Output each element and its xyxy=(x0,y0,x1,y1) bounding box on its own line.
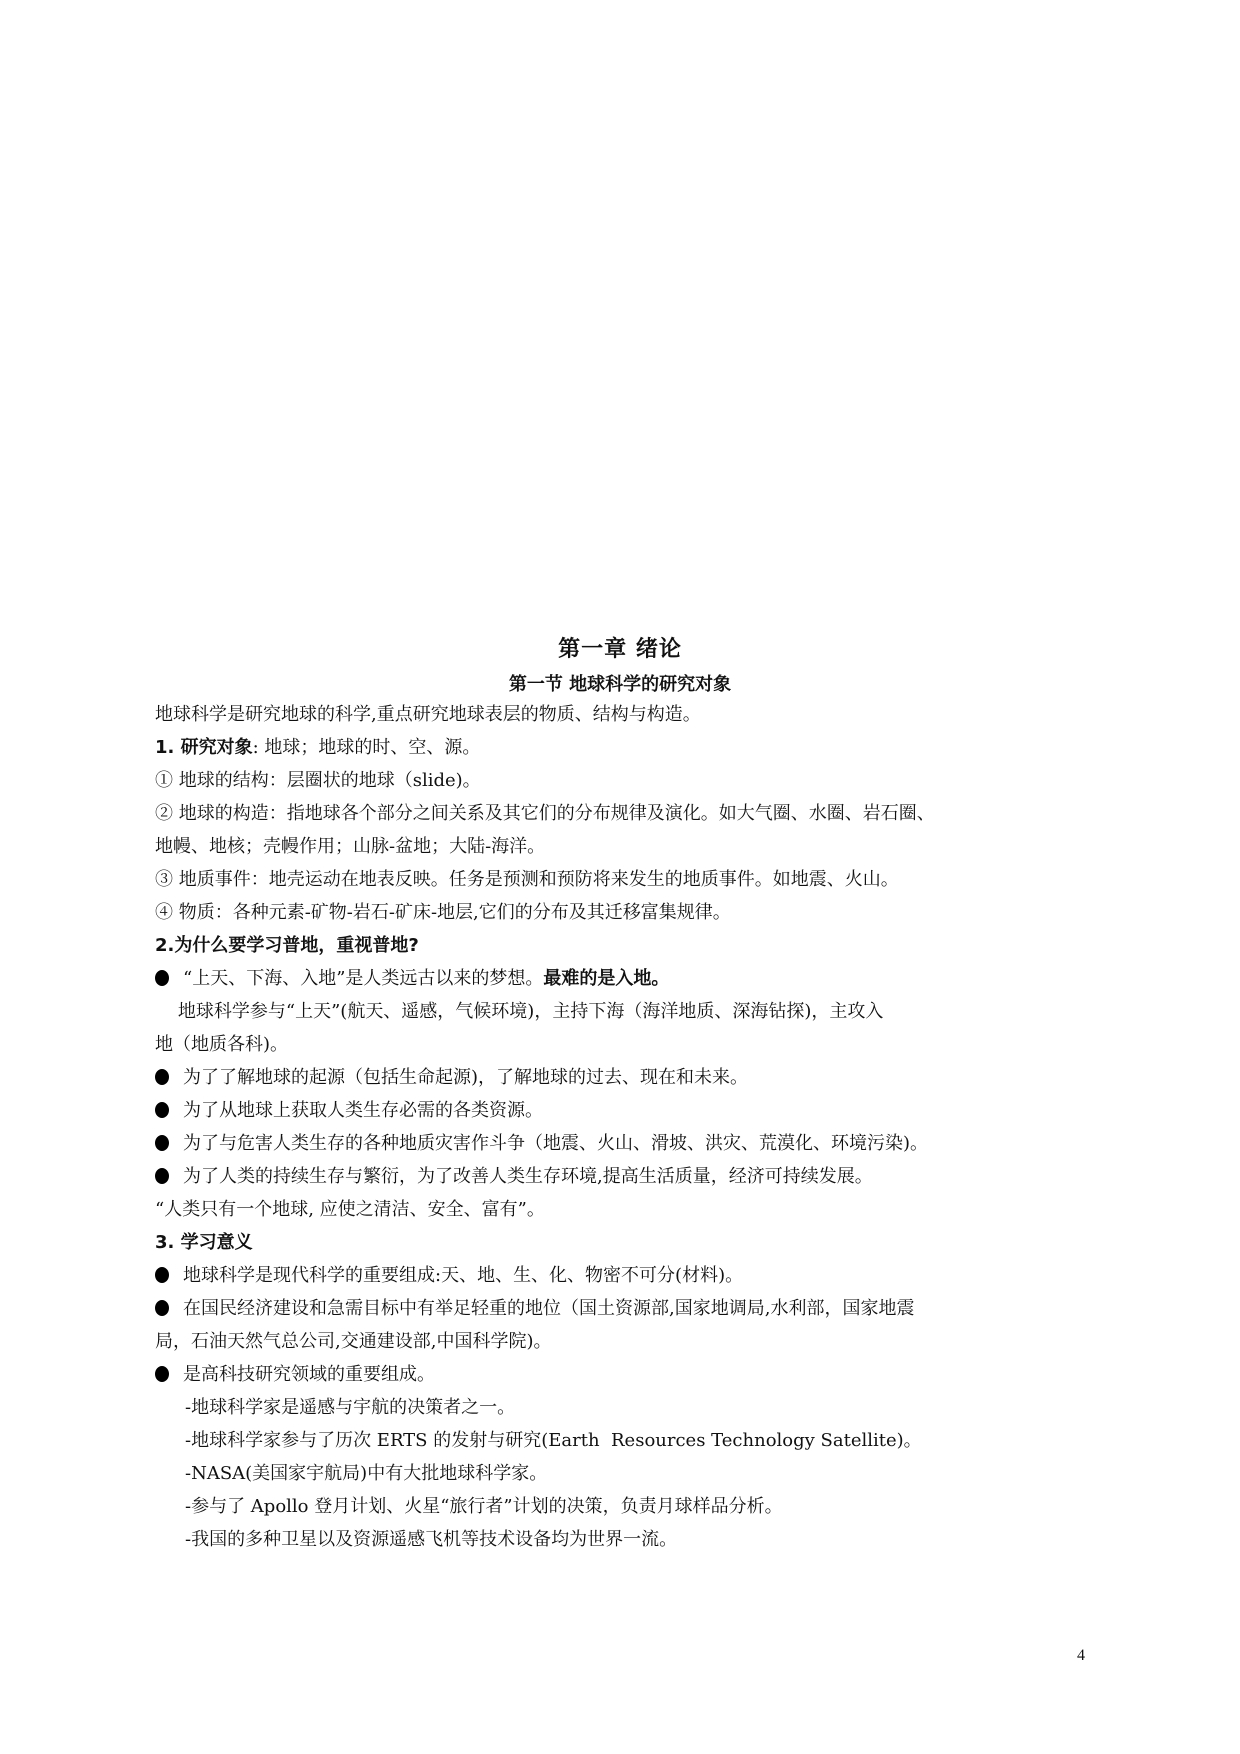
point2-paragraph: 地（地质各科)。 xyxy=(155,1033,288,1057)
bullet-icon xyxy=(155,1102,169,1118)
bullet-bold-text: 最难的是入地。 xyxy=(543,968,669,989)
bullet-icon xyxy=(155,1267,169,1283)
point2-bullet: 为了与危害人类生存的各种地质灾害作斗争（地震、火山、滑坡、洪灾、荒漠化、环境污染… xyxy=(155,1132,928,1156)
bullet-text: 为了了解地球的起源（包括生命起源)，了解地球的过去、现在和未来。 xyxy=(183,1067,748,1088)
point1-item: ② 地球的构造：指地球各个部分之间关系及其它们的分布规律及演化。如大气圈、水圈、… xyxy=(155,802,935,826)
bullet-text: 为了人类的持续生存与繁衍，为了改善人类生存环境,提高生活质量，经济可持续发展。 xyxy=(183,1166,873,1187)
bullet-icon xyxy=(155,1069,169,1085)
point2-bullet: 为了从地球上获取人类生存必需的各类资源。 xyxy=(155,1099,543,1123)
point3-subitem: -地球科学家参与了历次 ERTS 的发射与研究(Earth Resources … xyxy=(185,1429,922,1453)
bullet-text: 地球科学是现代科学的重要组成:天、地、生、化、物密不可分(材料)。 xyxy=(183,1265,743,1286)
bullet-text: “上天、下海、入地”是人类远古以来的梦想。 xyxy=(183,968,543,989)
point3-subitem: -我国的多种卫星以及资源遥感飞机等技术设备均为世界一流。 xyxy=(185,1528,677,1552)
bullet-icon xyxy=(155,1366,169,1382)
point3-subitem: -地球科学家是遥感与宇航的决策者之一。 xyxy=(185,1396,515,1420)
point2-paragraph: 地球科学参与“上天”(航天、遥感，气候环境)，主持下海（海洋地质、深海钻探)，主… xyxy=(155,1000,883,1024)
bullet-icon xyxy=(155,1135,169,1151)
point3-continuation: 局，石油天然气总公司,交通建设部,中国科学院)。 xyxy=(155,1330,551,1354)
point2-bullet: 为了了解地球的起源（包括生命起源)，了解地球的过去、现在和未来。 xyxy=(155,1066,748,1090)
section-title: 第一节 地球科学的研究对象 xyxy=(0,670,1240,696)
point2-quote: “人类只有一个地球, 应使之清洁、安全、富有”。 xyxy=(155,1198,545,1222)
point3-bullet: 在国民经济建设和急需目标中有举足轻重的地位（国土资源部,国家地调局,水利部，国家… xyxy=(155,1297,914,1321)
bullet-text: 为了与危害人类生存的各种地质灾害作斗争（地震、火山、滑坡、洪灾、荒漠化、环境污染… xyxy=(183,1133,928,1154)
point1-heading: 1. 研究对象: 地球；地球的时、空、源。 xyxy=(155,736,480,760)
point1-rest: : 地球；地球的时、空、源。 xyxy=(253,737,481,758)
bullet-text: 在国民经济建设和急需目标中有举足轻重的地位（国土资源部,国家地调局,水利部，国家… xyxy=(183,1298,914,1319)
point1-number: 1. xyxy=(155,737,181,758)
point1-bold: 研究对象 xyxy=(181,737,253,758)
bullet-icon xyxy=(155,1300,169,1316)
point3-heading: 3. 学习意义 xyxy=(155,1231,253,1255)
point1-item: ③ 地质事件：地壳运动在地表反映。任务是预测和预防将来发生的地质事件。如地震、火… xyxy=(155,868,899,892)
point3-subitem: -NASA(美国家宇航局)中有大批地球科学家。 xyxy=(185,1462,547,1486)
point3-bullet: 是高科技研究领域的重要组成。 xyxy=(155,1363,435,1387)
point1-item: ④ 物质：各种元素-矿物-岩石-矿床-地层,它们的分布及其迁移富集规律。 xyxy=(155,901,731,925)
point1-item: ① 地球的结构：层圈状的地球（slide)。 xyxy=(155,769,481,793)
bullet-text: 为了从地球上获取人类生存必需的各类资源。 xyxy=(183,1100,543,1121)
point1-item: 地幔、地核；壳幔作用；山脉-盆地；大陆-海洋。 xyxy=(155,835,545,859)
point2-heading: 2.为什么要学习普地，重视普地? xyxy=(155,934,419,958)
point2-bullet: 为了人类的持续生存与繁衍，为了改善人类生存环境,提高生活质量，经济可持续发展。 xyxy=(155,1165,873,1189)
document-page: 第一章 绪论 第一节 地球科学的研究对象 地球科学是研究地球的科学,重点研究地球… xyxy=(0,0,1240,1754)
point3-subitem: -参与了 Apollo 登月计划、火星“旅行者”计划的决策，负责月球样品分析。 xyxy=(185,1495,783,1519)
bullet-icon xyxy=(155,1168,169,1184)
bullet-text: 是高科技研究领域的重要组成。 xyxy=(183,1364,435,1385)
bullet-icon xyxy=(155,970,169,986)
point2-bullet: “上天、下海、入地”是人类远古以来的梦想。最难的是入地。 xyxy=(155,967,669,991)
point3-bullet: 地球科学是现代科学的重要组成:天、地、生、化、物密不可分(材料)。 xyxy=(155,1264,743,1288)
intro-paragraph: 地球科学是研究地球的科学,重点研究地球表层的物质、结构与构造。 xyxy=(155,703,701,727)
chapter-title: 第一章 绪论 xyxy=(0,632,1240,663)
page-number: 4 xyxy=(1077,1647,1085,1665)
